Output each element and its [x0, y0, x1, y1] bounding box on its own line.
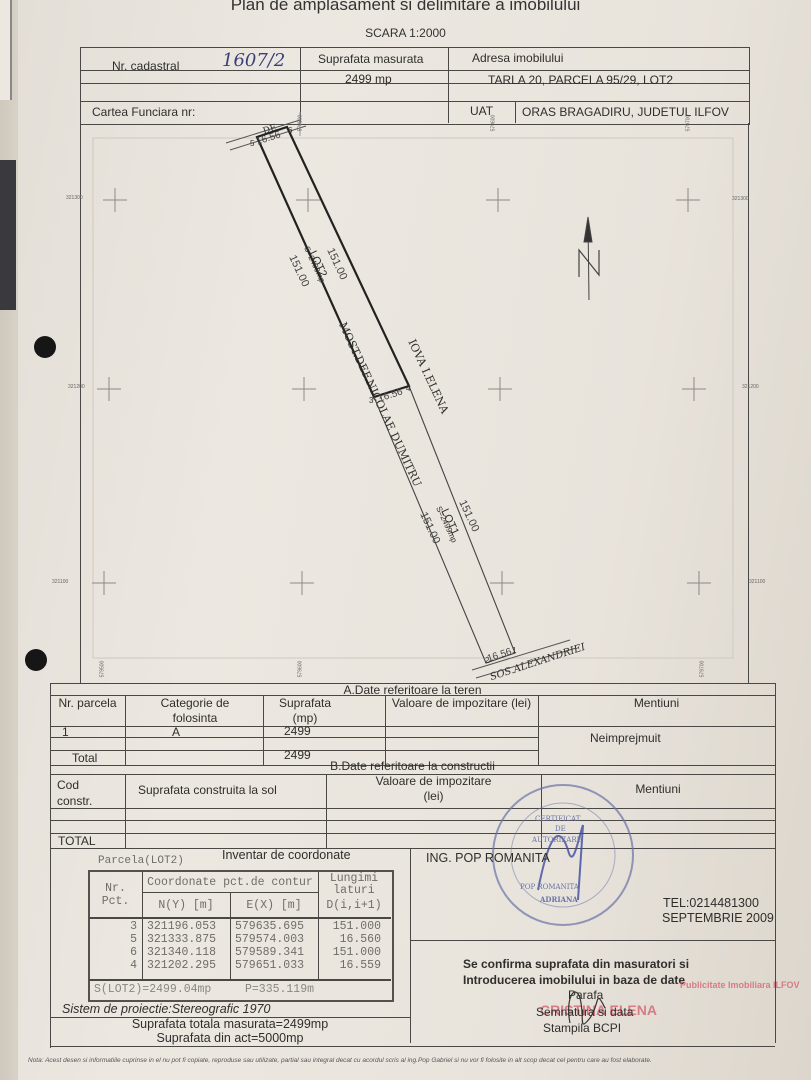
- col-header-cod-constr: Cod constr.: [57, 777, 117, 809]
- cell-d: 16.560: [321, 933, 381, 946]
- table-row: 3 321196.053 579635.695 151.000: [89, 920, 389, 933]
- point-label: 4: [406, 384, 410, 393]
- summary-area: S(LOT2)=2499.04mp: [94, 983, 211, 996]
- divider: [775, 848, 776, 1043]
- inventory-parcel: Parcela(LOT2): [98, 855, 184, 867]
- divider: [50, 820, 775, 821]
- inv-header-e: E(X) [m]: [230, 899, 318, 912]
- engineer-phone: TEL:0214481300: [663, 896, 759, 910]
- grid-label-n: 321200: [742, 384, 759, 390]
- grid-label-n: 321200: [68, 384, 85, 390]
- cell-categorie: A: [172, 725, 180, 739]
- cell-d: 151.000: [321, 946, 381, 959]
- projection-system: Sistem de proiectie:Stereografic 1970: [62, 1002, 270, 1016]
- col-header-suprafata: Suprafata (mp): [265, 696, 345, 726]
- section-b-title: B.Date referitoare la constructii: [50, 759, 775, 773]
- cell-d: 151.000: [321, 920, 381, 933]
- footnote: Nota: Acest desen si informatiile cuprin…: [28, 1057, 652, 1064]
- grid-label-n: 321300: [66, 195, 83, 201]
- divider: [89, 917, 391, 919]
- stamp-text: AUTORIZARE: [532, 836, 582, 844]
- cell-e: 579635.695: [235, 920, 304, 933]
- divider: [50, 833, 775, 834]
- divider: [142, 892, 318, 893]
- confirm-line-1: Se confirma suprafata din masuratori si: [463, 957, 689, 971]
- north-arrow-icon: [579, 217, 599, 300]
- point-label: 5: [250, 139, 254, 148]
- signature-icon: [560, 978, 640, 1038]
- point-label: 1: [512, 646, 516, 655]
- stamp-text: POP ROMANITA: [520, 883, 579, 891]
- col-header-suprafata-construita: Suprafata construita la sol: [138, 783, 277, 797]
- divider: [410, 848, 411, 1043]
- col-header-nr-parcela: Nr. parcela: [50, 696, 125, 711]
- col-header-categorie: Categorie de folosinta: [140, 696, 250, 726]
- cell-pct: 5: [89, 933, 137, 946]
- point-label: 3: [369, 396, 373, 405]
- cell-pct: 4: [89, 959, 137, 972]
- act-area: Suprafata din act=5000mp: [50, 1031, 410, 1045]
- cell-n: 321202.295: [147, 959, 216, 972]
- grid-label-e: 579500: [99, 661, 105, 678]
- inv-header-coords: Coordonate pct.de contur: [142, 876, 318, 889]
- cell-d: 16.559: [321, 959, 381, 972]
- cell-e: 579589.341: [235, 946, 304, 959]
- inv-header-nr: Nr. Pct.: [89, 882, 142, 908]
- cell-nr: 1: [62, 725, 69, 739]
- cell-n: 321196.053: [147, 920, 216, 933]
- col-header-valoare: Valoare de impozitare (lei): [385, 696, 538, 711]
- grid-label-e: 579500: [297, 115, 303, 132]
- table-row: 5 321333.875 579574.003 16.560: [89, 933, 389, 946]
- cell-e: 579574.003: [235, 933, 304, 946]
- engineer-name: ING. POP ROMANITA: [426, 851, 550, 865]
- stamp-text: ADRIANA: [540, 895, 578, 904]
- divider: [263, 695, 264, 765]
- point-label: 2: [485, 656, 489, 665]
- grid-label-e: 579700: [685, 115, 691, 132]
- table-row: 6 321340.118 579589.341 151.000: [89, 946, 389, 959]
- inv-header-len: Lungimi laturi: [318, 873, 390, 897]
- total-measured-area: Suprafata totala masurata=2499mp: [50, 1017, 410, 1031]
- cell-n: 321333.875: [147, 933, 216, 946]
- divider: [775, 683, 776, 848]
- cell-e: 579651.033: [235, 959, 304, 972]
- grid-label-n: 321300: [732, 196, 749, 202]
- inventory-rows: 3 321196.053 579635.695 151.000 5 321333…: [89, 920, 389, 972]
- divider: [125, 695, 126, 765]
- cell-suprafata: 2499: [284, 724, 311, 738]
- divider: [50, 1046, 775, 1047]
- col-header-mentiuni: Mentiuni: [538, 696, 775, 710]
- grid-label-n: 321100: [52, 579, 68, 585]
- total-b-label: TOTAL: [58, 834, 96, 848]
- table-row: 4 321202.295 579651.033 16.559: [89, 959, 389, 972]
- divider: [89, 979, 391, 981]
- cell-n: 321340.118: [147, 946, 216, 959]
- inventory-title: Inventar de coordonate: [222, 848, 351, 862]
- divider: [410, 940, 775, 941]
- divider: [50, 848, 775, 849]
- cell-pct: 3: [89, 920, 137, 933]
- grid-label-n: 321100: [749, 579, 765, 585]
- inv-header-n: N(Y) [m]: [142, 899, 230, 912]
- divider: [125, 774, 126, 848]
- grid-label-e: 579700: [699, 661, 705, 678]
- cell-mentiuni: Neimprejmuit: [590, 731, 661, 745]
- point-label: 6: [288, 126, 292, 135]
- grid-label-e: 579600: [490, 115, 496, 132]
- engineer-date: SEPTEMBRIE 2009: [662, 911, 774, 925]
- stamp-text: DE: [555, 825, 566, 833]
- grid-label-e: 579600: [297, 661, 303, 678]
- summary-perimeter: P=335.119m: [245, 983, 314, 996]
- divider: [50, 726, 775, 727]
- stamp-text: CERTIFICAT: [535, 815, 580, 823]
- inv-header-d: D(i,i+1): [318, 899, 390, 912]
- red-stamp-text: Publicitate Imobiliara ILFOV: [680, 980, 800, 990]
- divider: [50, 808, 775, 809]
- cell-pct: 6: [89, 946, 137, 959]
